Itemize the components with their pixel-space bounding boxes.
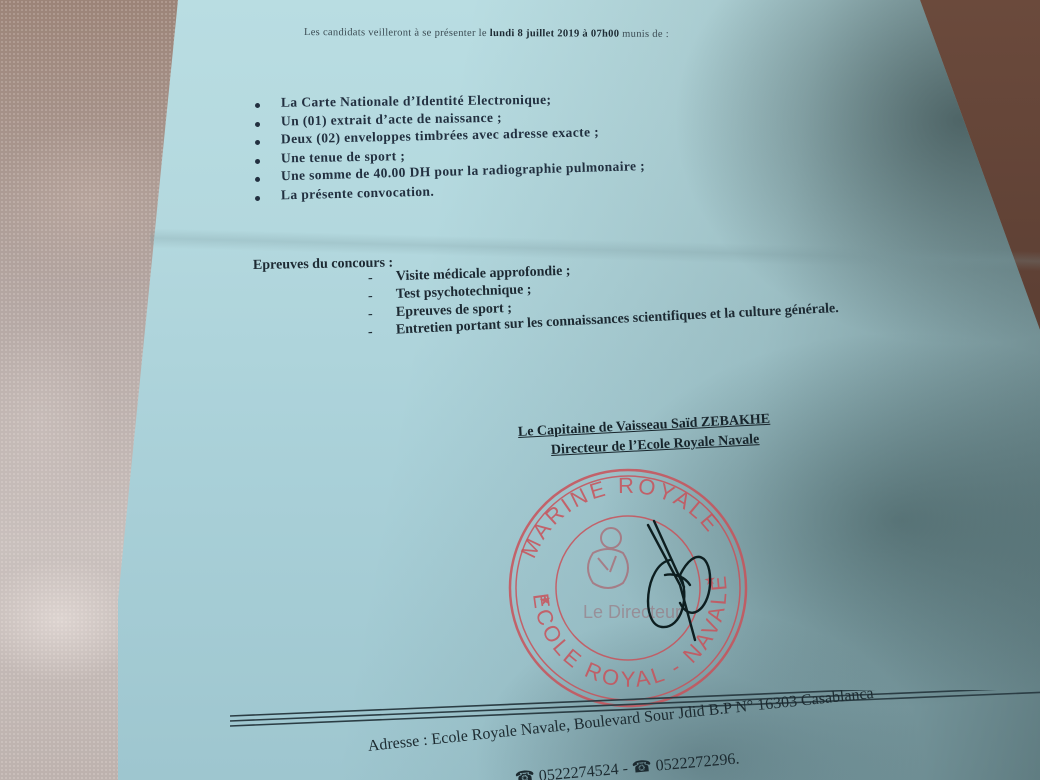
svg-text:★: ★: [538, 590, 556, 608]
intro-sentence: Les candidats veilleront à se présenter …: [304, 27, 669, 40]
handwritten-signature-icon: [640, 515, 720, 645]
intro-suffix: munis de :: [619, 29, 669, 40]
intro-prefix: Les candidats veilleront à se présenter …: [304, 27, 490, 39]
required-items-list: La Carte Nationale d’Identité Electroniq…: [255, 95, 645, 206]
convocation-date: lundi 8 juillet 2019 à 07h00: [490, 28, 620, 40]
photo-scene: Les candidats veilleront à se présenter …: [0, 0, 1040, 780]
exams-list: Visite médicale approfondie ; Test psych…: [368, 270, 839, 342]
